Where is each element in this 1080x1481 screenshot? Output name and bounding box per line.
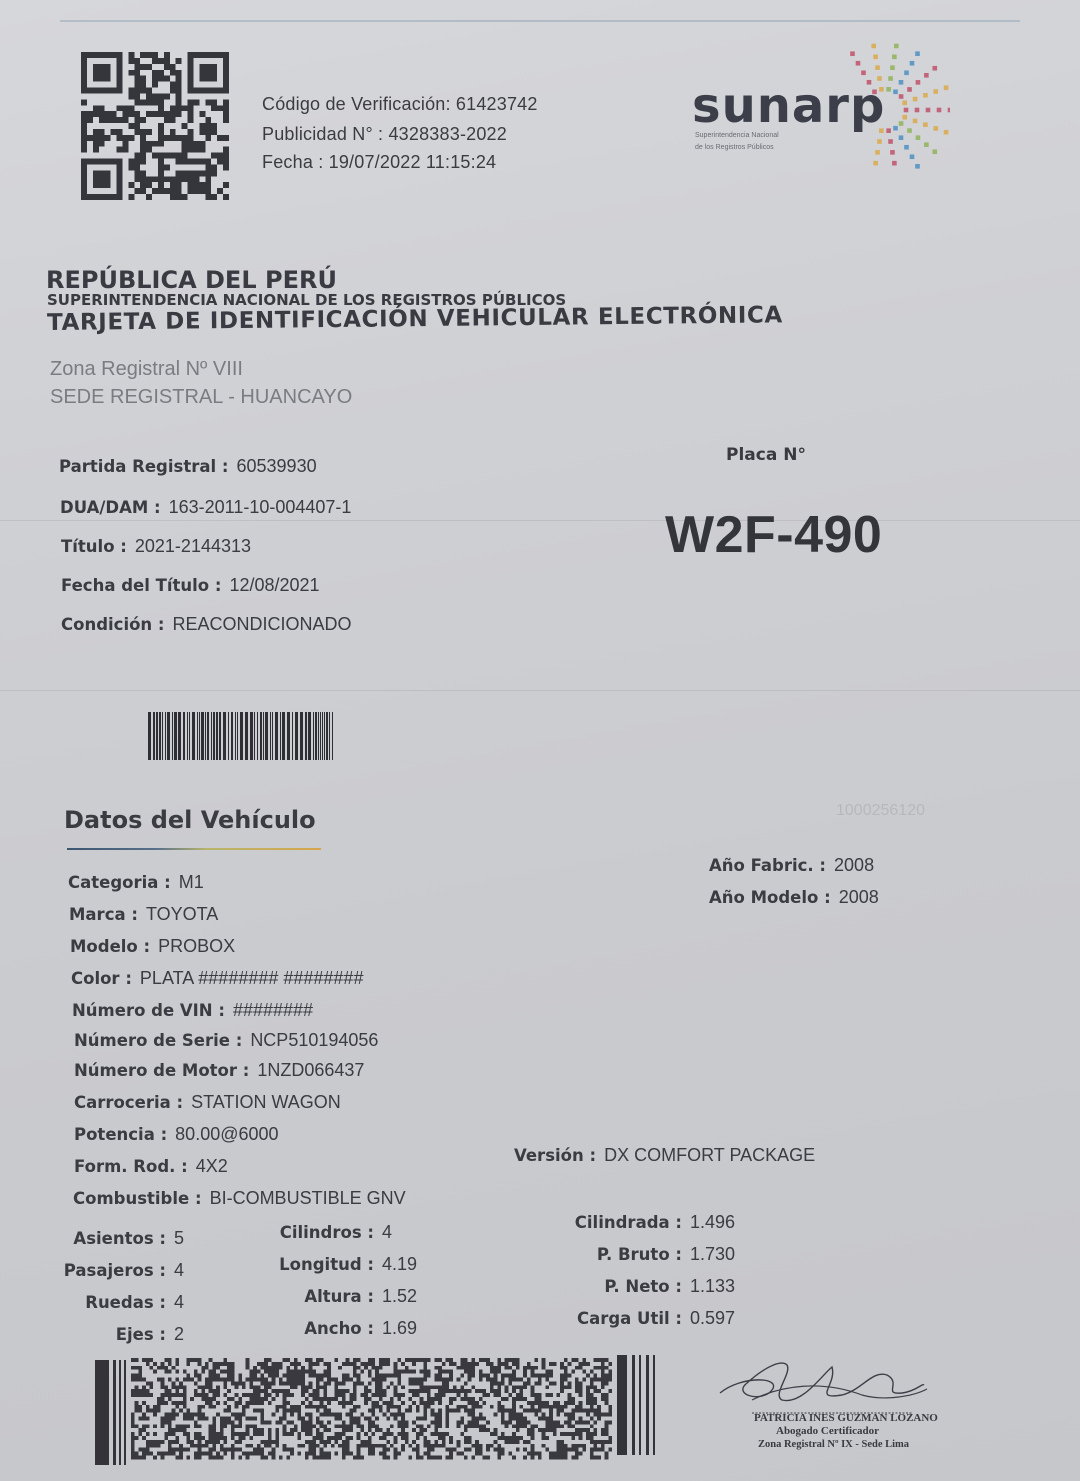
signer-zone: Zona Registral Nº IX - Sede Lima bbox=[758, 1439, 909, 1450]
field-value: 1NZD066437 bbox=[257, 1060, 364, 1080]
field-value: 60539930 bbox=[237, 456, 317, 476]
field-row: Cilindrada :1.496 bbox=[575, 1212, 750, 1233]
field-label: Año Modelo : bbox=[709, 888, 831, 907]
field-row: Longitud :4.19 bbox=[279, 1254, 432, 1275]
field-label: Versión : bbox=[514, 1146, 596, 1165]
field-row: Ancho :1.69 bbox=[304, 1318, 432, 1339]
field-label: P. Bruto : bbox=[597, 1245, 682, 1264]
field-value: DX COMFORT PACKAGE bbox=[604, 1145, 815, 1165]
field-value: 2008 bbox=[839, 887, 879, 907]
field-label: Número de Serie : bbox=[74, 1031, 242, 1050]
field-label: DUA/DAM : bbox=[60, 498, 161, 517]
field-label: Título : bbox=[61, 537, 127, 556]
field-label: Fecha del Título : bbox=[61, 576, 221, 595]
field-label: Categoria : bbox=[68, 873, 171, 892]
field-value: 2 bbox=[174, 1324, 198, 1345]
field-label: Año Fabric. : bbox=[709, 856, 826, 875]
field-value: 1.496 bbox=[690, 1212, 750, 1233]
issue-date: Fecha : 19/07/2022 11:15:24 bbox=[262, 152, 496, 173]
field-row: Cilindros :4 bbox=[280, 1222, 432, 1243]
field-row: Ejes :2 bbox=[116, 1324, 198, 1345]
field-row: Número de Motor :1NZD066437 bbox=[74, 1060, 364, 1081]
field-value: 2021-2144313 bbox=[135, 536, 251, 556]
section-underline bbox=[67, 848, 321, 850]
field-value: NCP510194056 bbox=[250, 1030, 378, 1050]
field-value: PROBOX bbox=[158, 936, 235, 956]
field-label: P. Neto : bbox=[604, 1277, 682, 1296]
signer-role: Abogado Certificador bbox=[776, 1425, 879, 1437]
paper-fold-line bbox=[0, 520, 1080, 521]
field-value: 4 bbox=[174, 1292, 198, 1313]
vehicle-id-card-document: Código de Verificación: 61423742 Publici… bbox=[0, 0, 1080, 1481]
field-value: 4.19 bbox=[382, 1254, 432, 1275]
field-row: Título :2021-2144313 bbox=[61, 536, 251, 557]
field-row: Año Modelo :2008 bbox=[709, 887, 879, 908]
field-value: 1.730 bbox=[690, 1244, 750, 1265]
field-label: Cilindrada : bbox=[575, 1213, 682, 1232]
field-value: 5 bbox=[174, 1228, 198, 1249]
field-value: 1.133 bbox=[690, 1276, 750, 1297]
field-label: Color : bbox=[71, 969, 132, 988]
field-label: Cilindros : bbox=[280, 1223, 374, 1242]
field-row: Altura :1.52 bbox=[304, 1286, 432, 1307]
field-row: Color :PLATA ######## ######## bbox=[71, 968, 363, 989]
registry-office: SEDE REGISTRAL - HUANCAYO bbox=[50, 386, 352, 409]
field-row: Número de VIN :######## bbox=[72, 1000, 313, 1021]
field-value: STATION WAGON bbox=[191, 1092, 341, 1112]
field-label: Combustible : bbox=[73, 1189, 202, 1208]
field-row: Condición :REACONDICIONADO bbox=[61, 614, 352, 635]
field-row: Modelo :PROBOX bbox=[70, 936, 235, 957]
signer-name: PATRICIA INES GUZMAN LOZANO bbox=[754, 1412, 938, 1424]
field-label: Número de Motor : bbox=[74, 1061, 249, 1080]
pdf417-barcode-icon bbox=[95, 1355, 665, 1465]
publicity-value: 4328383-2022 bbox=[388, 124, 507, 144]
version-field: Versión :DX COMFORT PACKAGE bbox=[514, 1145, 815, 1166]
field-value: PLATA ######## ######## bbox=[140, 968, 364, 988]
field-value: 163-2011-10-004407-1 bbox=[169, 497, 352, 517]
field-label: Partida Registral : bbox=[59, 457, 229, 476]
verification-code: Código de Verificación: 61423742 bbox=[262, 94, 538, 115]
field-label: Asientos : bbox=[73, 1229, 166, 1248]
vehicle-section-title: Datos del Vehículo bbox=[64, 806, 316, 834]
logo-subtitle: de los Registros Públicos bbox=[695, 144, 774, 151]
date-label: Fecha : bbox=[262, 152, 323, 172]
field-label: Carga Util : bbox=[577, 1309, 682, 1328]
field-row: Ruedas :4 bbox=[85, 1292, 198, 1313]
field-value: 1.52 bbox=[382, 1286, 432, 1307]
plate-label: Placa N° bbox=[726, 445, 806, 465]
country-heading: REPÚBLICA DEL PERÚ bbox=[46, 266, 337, 294]
field-label: Carroceria : bbox=[74, 1093, 183, 1112]
field-value: 1.69 bbox=[382, 1318, 432, 1339]
field-row: Pasajeros :4 bbox=[64, 1260, 198, 1281]
logo-subtitle: Superintendencia Nacional bbox=[695, 132, 779, 139]
verification-code-value: 61423742 bbox=[456, 94, 538, 114]
field-row: Marca :TOYOTA bbox=[69, 904, 218, 925]
field-value: M1 bbox=[179, 872, 204, 892]
publicity-label: Publicidad N° : bbox=[262, 124, 383, 144]
field-label: Potencia : bbox=[74, 1125, 167, 1144]
field-row: Carga Util :0.597 bbox=[577, 1308, 750, 1329]
field-label: Form. Rod. : bbox=[74, 1157, 188, 1176]
field-row: Fecha del Título :12/08/2021 bbox=[61, 575, 320, 596]
field-value: BI-COMBUSTIBLE GNV bbox=[210, 1188, 406, 1208]
field-row: DUA/DAM :163-2011-10-004407-1 bbox=[60, 497, 351, 518]
field-label: Marca : bbox=[69, 905, 138, 924]
top-edge-line bbox=[60, 20, 1020, 22]
field-value: 0.597 bbox=[690, 1308, 750, 1329]
field-label: Ancho : bbox=[304, 1319, 374, 1338]
field-row: Form. Rod. :4X2 bbox=[74, 1156, 228, 1177]
faint-serial-number: 1000256120 bbox=[836, 802, 925, 820]
field-row: Potencia :80.00@6000 bbox=[74, 1124, 279, 1145]
field-label: Ejes : bbox=[116, 1325, 166, 1344]
date-value: 19/07/2022 11:15:24 bbox=[329, 152, 497, 172]
field-row: P. Neto :1.133 bbox=[604, 1276, 750, 1297]
field-row: Año Fabric. :2008 bbox=[709, 855, 874, 876]
field-value: 4 bbox=[382, 1222, 432, 1243]
qr-code-icon bbox=[80, 52, 230, 200]
field-value: 4 bbox=[174, 1260, 198, 1281]
registry-zone: Zona Registral Nº VIII bbox=[50, 358, 243, 381]
barcode-icon bbox=[148, 712, 336, 760]
paper-fold-line bbox=[0, 690, 1080, 691]
field-label: Ruedas : bbox=[85, 1293, 166, 1312]
verification-code-label: Código de Verificación: bbox=[262, 94, 451, 114]
field-value: REACONDICIONADO bbox=[173, 614, 352, 634]
field-row: Partida Registral :60539930 bbox=[59, 456, 317, 477]
field-row: P. Bruto :1.730 bbox=[597, 1244, 750, 1265]
field-row: Categoria :M1 bbox=[68, 872, 204, 893]
field-value: TOYOTA bbox=[146, 904, 218, 924]
field-value: 4X2 bbox=[196, 1156, 228, 1176]
field-label: Condición : bbox=[61, 615, 165, 634]
field-value: 80.00@6000 bbox=[175, 1124, 278, 1144]
field-row: Combustible :BI-COMBUSTIBLE GNV bbox=[73, 1188, 406, 1209]
field-label: Longitud : bbox=[279, 1255, 374, 1274]
field-label: Altura : bbox=[304, 1287, 374, 1306]
field-value: 12/08/2021 bbox=[229, 575, 319, 595]
field-value: 2008 bbox=[834, 855, 874, 875]
field-row: Carroceria :STATION WAGON bbox=[74, 1092, 341, 1113]
sunarp-logo-text: sunarp bbox=[692, 78, 885, 134]
handwritten-signature-icon bbox=[712, 1355, 932, 1415]
publicity-number: Publicidad N° : 4328383-2022 bbox=[262, 124, 507, 145]
field-row: Asientos :5 bbox=[73, 1228, 198, 1249]
field-value: ######## bbox=[233, 1000, 313, 1020]
field-label: Número de VIN : bbox=[72, 1001, 225, 1020]
plate-number: W2F-490 bbox=[665, 505, 882, 565]
field-label: Pasajeros : bbox=[64, 1261, 166, 1280]
field-row: Número de Serie :NCP510194056 bbox=[74, 1030, 378, 1051]
field-label: Modelo : bbox=[70, 937, 150, 956]
